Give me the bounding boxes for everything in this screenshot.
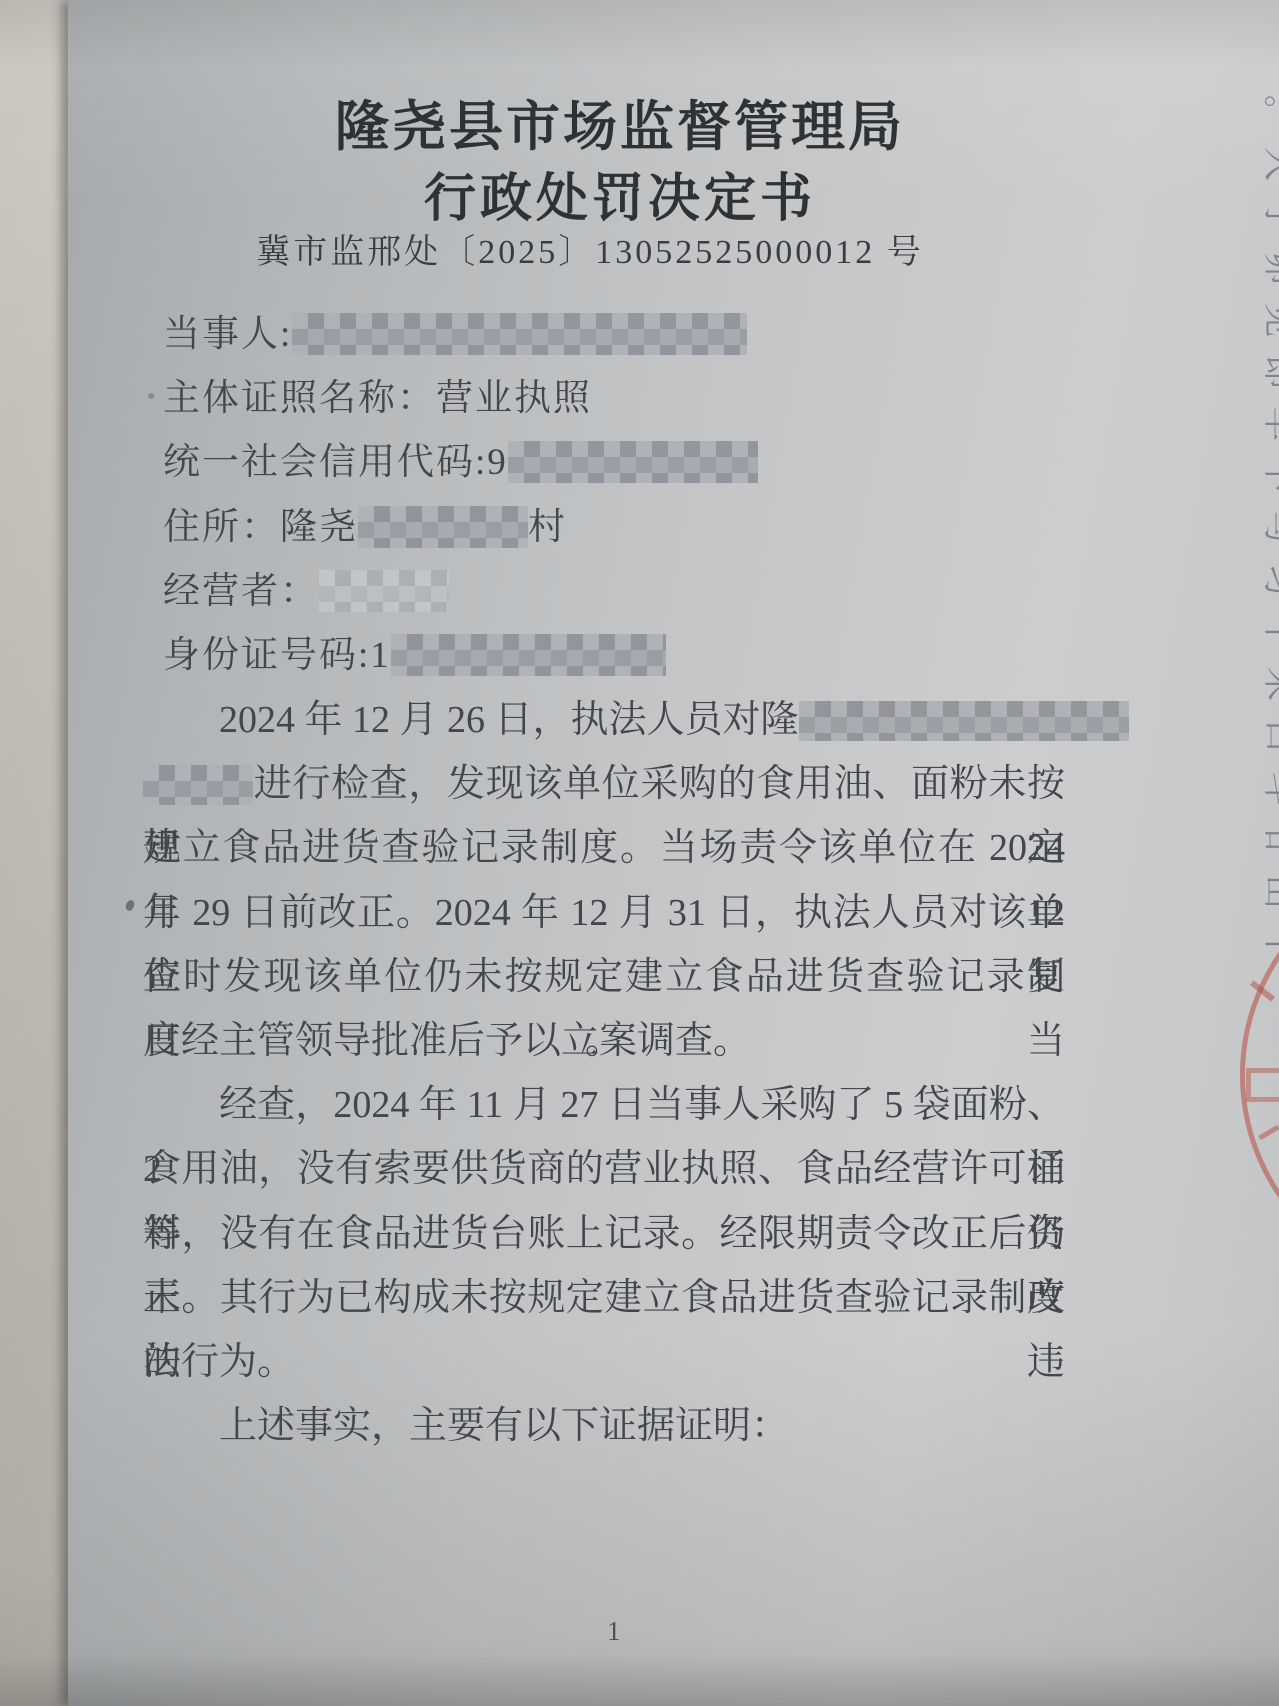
line-text: 统一社会信用代码:9 <box>163 442 508 483</box>
paper-speck <box>148 393 154 399</box>
document-photo: 隆尧县市场监督管理局 行政处罚决定书 冀市监邢处〔2025〕1305252500… <box>0 0 1279 1706</box>
redaction-mosaic <box>358 506 528 548</box>
line-text: 经营者： <box>163 571 319 612</box>
document-text-line: 当事人: <box>163 302 1068 366</box>
document-text-line: 食用油，没有索要供货商的营业执照、食品经营许可证等资 <box>143 1137 1065 1201</box>
document-text-line: 进行检查，发现该单位采购的食用油、面粉未按规定 <box>143 752 1065 816</box>
document-text-line: 主体证照名称：营业执照 <box>163 366 1068 430</box>
page-edge-text-fragment: 。入了卯见即早卜与习干米口斗廿山十 <box>1261 95 1279 1345</box>
document-text-line: 正。其行为已构成未按规定建立食品进货查验记录制度的违 <box>143 1266 1065 1330</box>
document-body-block: 2024 年 12 月 26 日，执法人员对隆进行检查，发现该单位采购的食用油、… <box>143 688 1065 1458</box>
redaction-mosaic <box>508 441 758 483</box>
document-text-line: 建立食品进货查验记录制度。当场责令该单位在 2024 年 12 <box>143 816 1065 880</box>
document-text-line: 2024 年 12 月 26 日，执法人员对隆 <box>143 688 1065 752</box>
document-number: 冀市监邢处〔2025〕13052525000012 号 <box>150 224 1030 273</box>
document-title-doctype: 行政处罚决定书 <box>150 156 1090 231</box>
document-text-line: 上述事实，主要有以下证据证明： <box>143 1394 1065 1458</box>
document-text-line: 经查，2024 年 11 月 27 日当事人采购了 5 袋面粉、2 桶 <box>143 1073 1065 1137</box>
redaction-mosaic <box>799 701 1129 741</box>
redaction-mosaic <box>391 634 666 676</box>
document-text-line: 查时发现该单位仍未按规定建立食品进货查验记录制度。当 <box>143 945 1065 1009</box>
document-text-line: 料，没有在食品进货台账上记录。经限期责令改正后仍未改 <box>143 1202 1065 1266</box>
line-text: 法行为。 <box>143 1341 295 1383</box>
document-text-line: 住所：隆尧村 <box>163 495 1068 559</box>
line-text: 日经主管领导批准后予以立案调查。 <box>143 1020 751 1062</box>
document-text-line: 身份证号码:1 <box>163 623 1068 687</box>
line-text: 当事人: <box>163 314 292 355</box>
redaction-mosaic <box>143 765 253 805</box>
line-text: 上述事实，主要有以下证据证明： <box>219 1405 789 1447</box>
redaction-mosaic <box>292 313 747 355</box>
line-text: 身份证号码:1 <box>163 635 391 676</box>
line-text: 主体证照名称：营业执照 <box>163 378 592 419</box>
document-title-agency: 隆尧县市场监督管理局 <box>150 84 1090 161</box>
redaction-mosaic <box>319 570 449 612</box>
document-text-line: 月 29 日前改正。2024 年 12 月 31 日，执法人员对该单位复 <box>143 881 1065 945</box>
party-info-block: 当事人:主体证照名称：营业执照统一社会信用代码:9住所：隆尧村经营者：身份证号码… <box>163 302 1068 687</box>
page-number: 1 <box>607 1616 621 1647</box>
line-text: 住所：隆尧 <box>163 507 358 548</box>
line-text: 村 <box>528 507 567 548</box>
document-text-line: 统一社会信用代码:9 <box>163 430 1068 494</box>
document-text-line: 经营者： <box>163 559 1068 623</box>
line-text: 2024 年 12 月 26 日，执法人员对隆 <box>219 699 799 741</box>
